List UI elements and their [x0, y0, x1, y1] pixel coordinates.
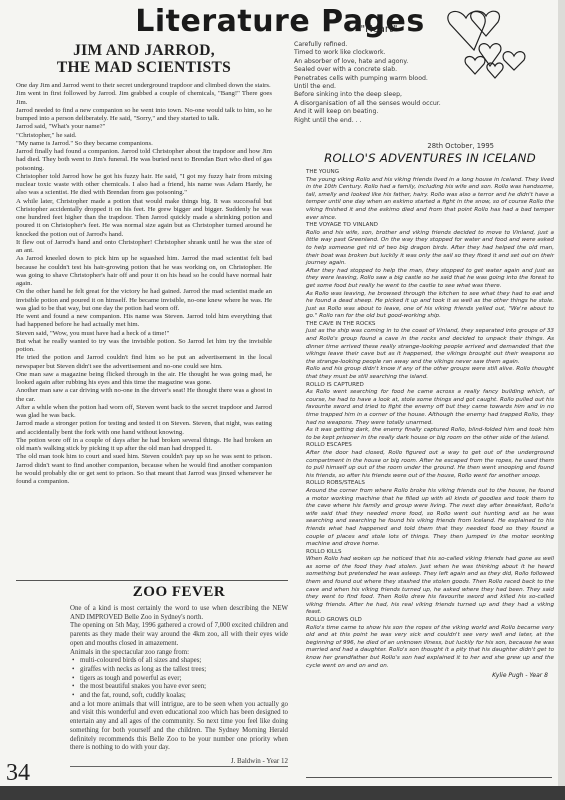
paragraph: After a while when the potion had worn o…	[16, 404, 272, 421]
poem-line: An absorber of love, hate and agony.	[294, 58, 444, 66]
poem-line: Timed to work like clockwork.	[294, 49, 444, 57]
divider	[306, 777, 552, 778]
paragraph: Jarrod needed to find a new companion so…	[16, 107, 272, 124]
paragraph: Jim went in first followed by Jarrod. Ji…	[16, 90, 272, 107]
poem-line: Until the end.	[294, 83, 444, 91]
list-item: multi-coloured birds of all sizes and sh…	[80, 657, 288, 666]
paragraph: Animals in the spectacular zoo range fro…	[70, 649, 288, 658]
section-heading: ROLLO ESCAPES	[306, 442, 554, 450]
poem-line: A disorganisation of all the senses woul…	[294, 100, 444, 108]
story-title: JIM AND JARROD, THE MAD SCIENTISTS	[16, 42, 272, 76]
paragraph: A while later, Christopher made a potion…	[16, 198, 272, 239]
paragraph: Jarrod made a stronger potion for testin…	[16, 420, 272, 437]
byline: J. Baldwin - Year 12	[70, 757, 288, 766]
poem-line: Penetrates cells with pumping warm blood…	[294, 75, 444, 83]
paragraph: On the other hand he felt great for the …	[16, 288, 272, 313]
hearts-icon	[440, 4, 560, 84]
paragraph: But what he really wanted to try was the…	[16, 338, 272, 355]
poem-heart: "Heart" Carefully refined. Timed to work…	[294, 24, 444, 125]
paragraph: Another man saw a car driving with no-on…	[16, 387, 272, 404]
paragraph: "My name is Jarrod." So they became comp…	[16, 140, 272, 148]
story-title-line2: THE MAD SCIENTISTS	[57, 59, 231, 76]
paragraph: After the door had closed, Rollo figured…	[306, 450, 554, 480]
story-title: ROLLO'S ADVENTURES IN ICELAND	[306, 151, 554, 165]
section-heading: ROLLO KILLS	[306, 549, 554, 557]
paragraph: It flew out of Jarrod's hand and onto Ch…	[16, 239, 272, 256]
poem-line: Right until the end. . .	[294, 117, 444, 125]
page-edge	[558, 0, 565, 786]
paragraph: Steven said, "Wow, you must have had a h…	[16, 330, 272, 338]
story-rollo: 28th October, 1995 ROLLO'S ADVENTURES IN…	[306, 142, 554, 679]
poem-title: "Heart"	[294, 24, 444, 35]
byline: Kylie Pugh - Year 8	[306, 672, 554, 679]
list-item: the most beautiful snakes you have ever …	[80, 683, 288, 692]
paragraph: The opening on 5th May, 1996 gathered a …	[70, 622, 288, 648]
paragraph: As it was getting dark, the enemy finall…	[306, 427, 554, 442]
section-heading: ROLLO GROWS OLD	[306, 617, 554, 625]
paragraph: When Rollo had woken up he noticed that …	[306, 556, 554, 617]
article-title: ZOO FEVER	[70, 584, 288, 601]
section-heading: ROLLO IS CAPTURED	[306, 382, 554, 390]
paragraph: One day Jim and Jarrod went to their sec…	[16, 82, 272, 90]
paragraph: "Christopher," he said.	[16, 132, 272, 140]
paragraph: Jarrod said, "What's your name?"	[16, 123, 272, 131]
story-body: One day Jim and Jarrod went to their sec…	[16, 82, 272, 486]
paragraph: and a lot more animals that will intrigu…	[70, 701, 288, 753]
story-title-line1: JIM AND JARROD,	[73, 42, 215, 59]
page-number: 34	[6, 760, 30, 787]
poem-line: Sealed over with a concrete slab.	[294, 66, 444, 74]
paragraph: The old man took him to court and sued h…	[16, 453, 272, 486]
poem-line: And it will keep on beating.	[294, 108, 444, 116]
divider	[16, 580, 288, 581]
animal-list: multi-coloured birds of all sizes and sh…	[70, 657, 288, 701]
section-heading: THE VOYAGE TO VINLAND	[306, 222, 554, 230]
paragraph: One of a kind is most certainly the word…	[70, 605, 288, 622]
paragraph: He tried the potion and Jarrod couldn't …	[16, 354, 272, 371]
paragraph: The young viking Rollo and his viking fr…	[306, 177, 554, 223]
paragraph: Rollo's time came to show his son the ro…	[306, 625, 554, 671]
paragraph: After they had stopped to help the man, …	[306, 268, 554, 291]
paragraph: Rollo and his group didn't know if any o…	[306, 366, 554, 381]
article-zoo-fever: ZOO FEVER One of a kind is most certainl…	[70, 584, 288, 766]
list-item: tigers as tough and powerful as ever;	[80, 675, 288, 684]
paragraph: As Jarrod kneeled down to pick him up he…	[16, 255, 272, 288]
paragraph: Around the corner from where Rollo broke…	[306, 488, 554, 549]
paragraph: One man saw a magazine being flicked thr…	[16, 371, 272, 388]
section-heading: ROLLO ROBS/STEALS	[306, 480, 554, 488]
divider	[70, 766, 288, 767]
story-jim-and-jarrod: JIM AND JARROD, THE MAD SCIENTISTS One d…	[16, 42, 272, 486]
paragraph: Jarrod finally had found a companion. Ja…	[16, 148, 272, 173]
paragraph: Rollo and his wife, son, brother and vik…	[306, 230, 554, 268]
paragraph: Just as the ship was coming in to the co…	[306, 328, 554, 366]
list-item: and the fat, round, soft, cuddly koalas;	[80, 692, 288, 701]
paragraph: He went and found a new companion. His n…	[16, 313, 272, 330]
article-body: One of a kind is most certainly the word…	[70, 605, 288, 766]
paragraph: As Rollo was leaving, he browsed through…	[306, 291, 554, 321]
list-item: giraffes with necks as long as the talle…	[80, 666, 288, 675]
poem-line: Before sinking into the deep sleep,	[294, 91, 444, 99]
story-date: 28th October, 1995	[306, 142, 554, 150]
section-heading: THE CAVE IN THE ROCKS	[306, 321, 554, 329]
paragraph: As Rollo went searching for food he came…	[306, 389, 554, 427]
poem-line: Carefully refined.	[294, 41, 444, 49]
magazine-page: Literature Pages JIM AND JARROD, THE MAD…	[0, 0, 560, 786]
section-heading: THE YOUNG	[306, 169, 554, 177]
paragraph: Christopher told Jarrod how he got his f…	[16, 173, 272, 198]
scan-shadow	[0, 786, 565, 800]
paragraph: The potion wore off in a couple of days …	[16, 437, 272, 454]
